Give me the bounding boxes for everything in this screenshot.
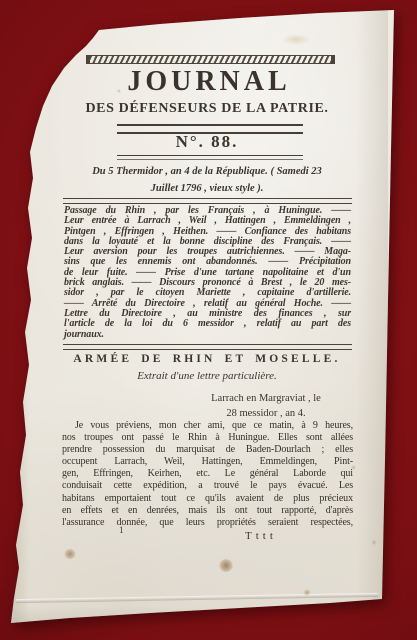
masthead-subtitle: DES DÉFENSEURS DE LA PATRIE. [60, 101, 354, 117]
body-line: occupent Larrach, Weil, Hattingen, Emmel… [62, 456, 353, 468]
issue-number: N°. 88. [60, 132, 354, 152]
page-number: 1 [119, 525, 124, 535]
double-rule [63, 198, 352, 204]
body-line: conduisait cette expédition, a trouvé le… [62, 480, 353, 492]
double-rule [63, 344, 352, 350]
summary-line: l'article de la loi du 6 messidor , rela… [64, 319, 351, 329]
letter-dateline: Larrach en Margraviat , le 28 messidor ,… [195, 391, 337, 421]
contents-summary: Passage du Rhin , par les Français , à H… [64, 206, 351, 340]
publication-date: Du 5 Thermidor , an 4 de la République. … [60, 163, 354, 197]
ornamental-header-rule [86, 55, 335, 64]
body-line: Je vous préviens, mon cher ami, que ce m… [62, 420, 353, 432]
thin-rule [117, 155, 303, 160]
newspaper-page: JOURNAL DES DÉFENSEURS DE LA PATRIE. N°.… [0, 0, 417, 640]
article-body: Je vous préviens, mon cher ami, que ce m… [62, 420, 353, 529]
summary-line: journaux. [64, 330, 351, 340]
body-line: en effets et en denrées, mais ils ont to… [62, 505, 353, 517]
dateline-line: Larrach en Margraviat , le [195, 391, 337, 406]
masthead-title: JOURNAL [60, 66, 354, 98]
paper-sheet: JOURNAL DES DÉFENSEURS DE LA PATRIE. N°.… [0, 0, 417, 640]
photo-background: JOURNAL DES DÉFENSEURS DE LA PATRIE. N°.… [0, 0, 417, 640]
body-line: prendre possession du marquisat de Baden… [62, 444, 353, 456]
section-heading: ARMÉE DE RHIN ET MOSELLE. [60, 353, 354, 365]
date-line: Du 5 Thermidor , an 4 de la République. … [60, 163, 354, 180]
body-line: nos troupes ont passé le Rhin à Huningue… [62, 432, 353, 444]
printed-page-content: JOURNAL DES DÉFENSEURS DE LA PATRIE. N°.… [0, 0, 417, 640]
body-line: habitans emportaient tout ce qu'ils avai… [62, 493, 353, 505]
article-subheading: Extrait d'une lettre particulière. [60, 370, 354, 382]
dateline-line: 28 messidor , an 4. [195, 406, 337, 421]
date-line: Juillet 1796 , vieux style ). [60, 180, 354, 197]
body-line: l'assurance donnée, que leurs propriétés… [62, 517, 353, 529]
body-line: gen, Effringen, Keirhen, etc. Le général… [62, 468, 353, 480]
printers-signature-mark: Tttt [245, 530, 277, 542]
